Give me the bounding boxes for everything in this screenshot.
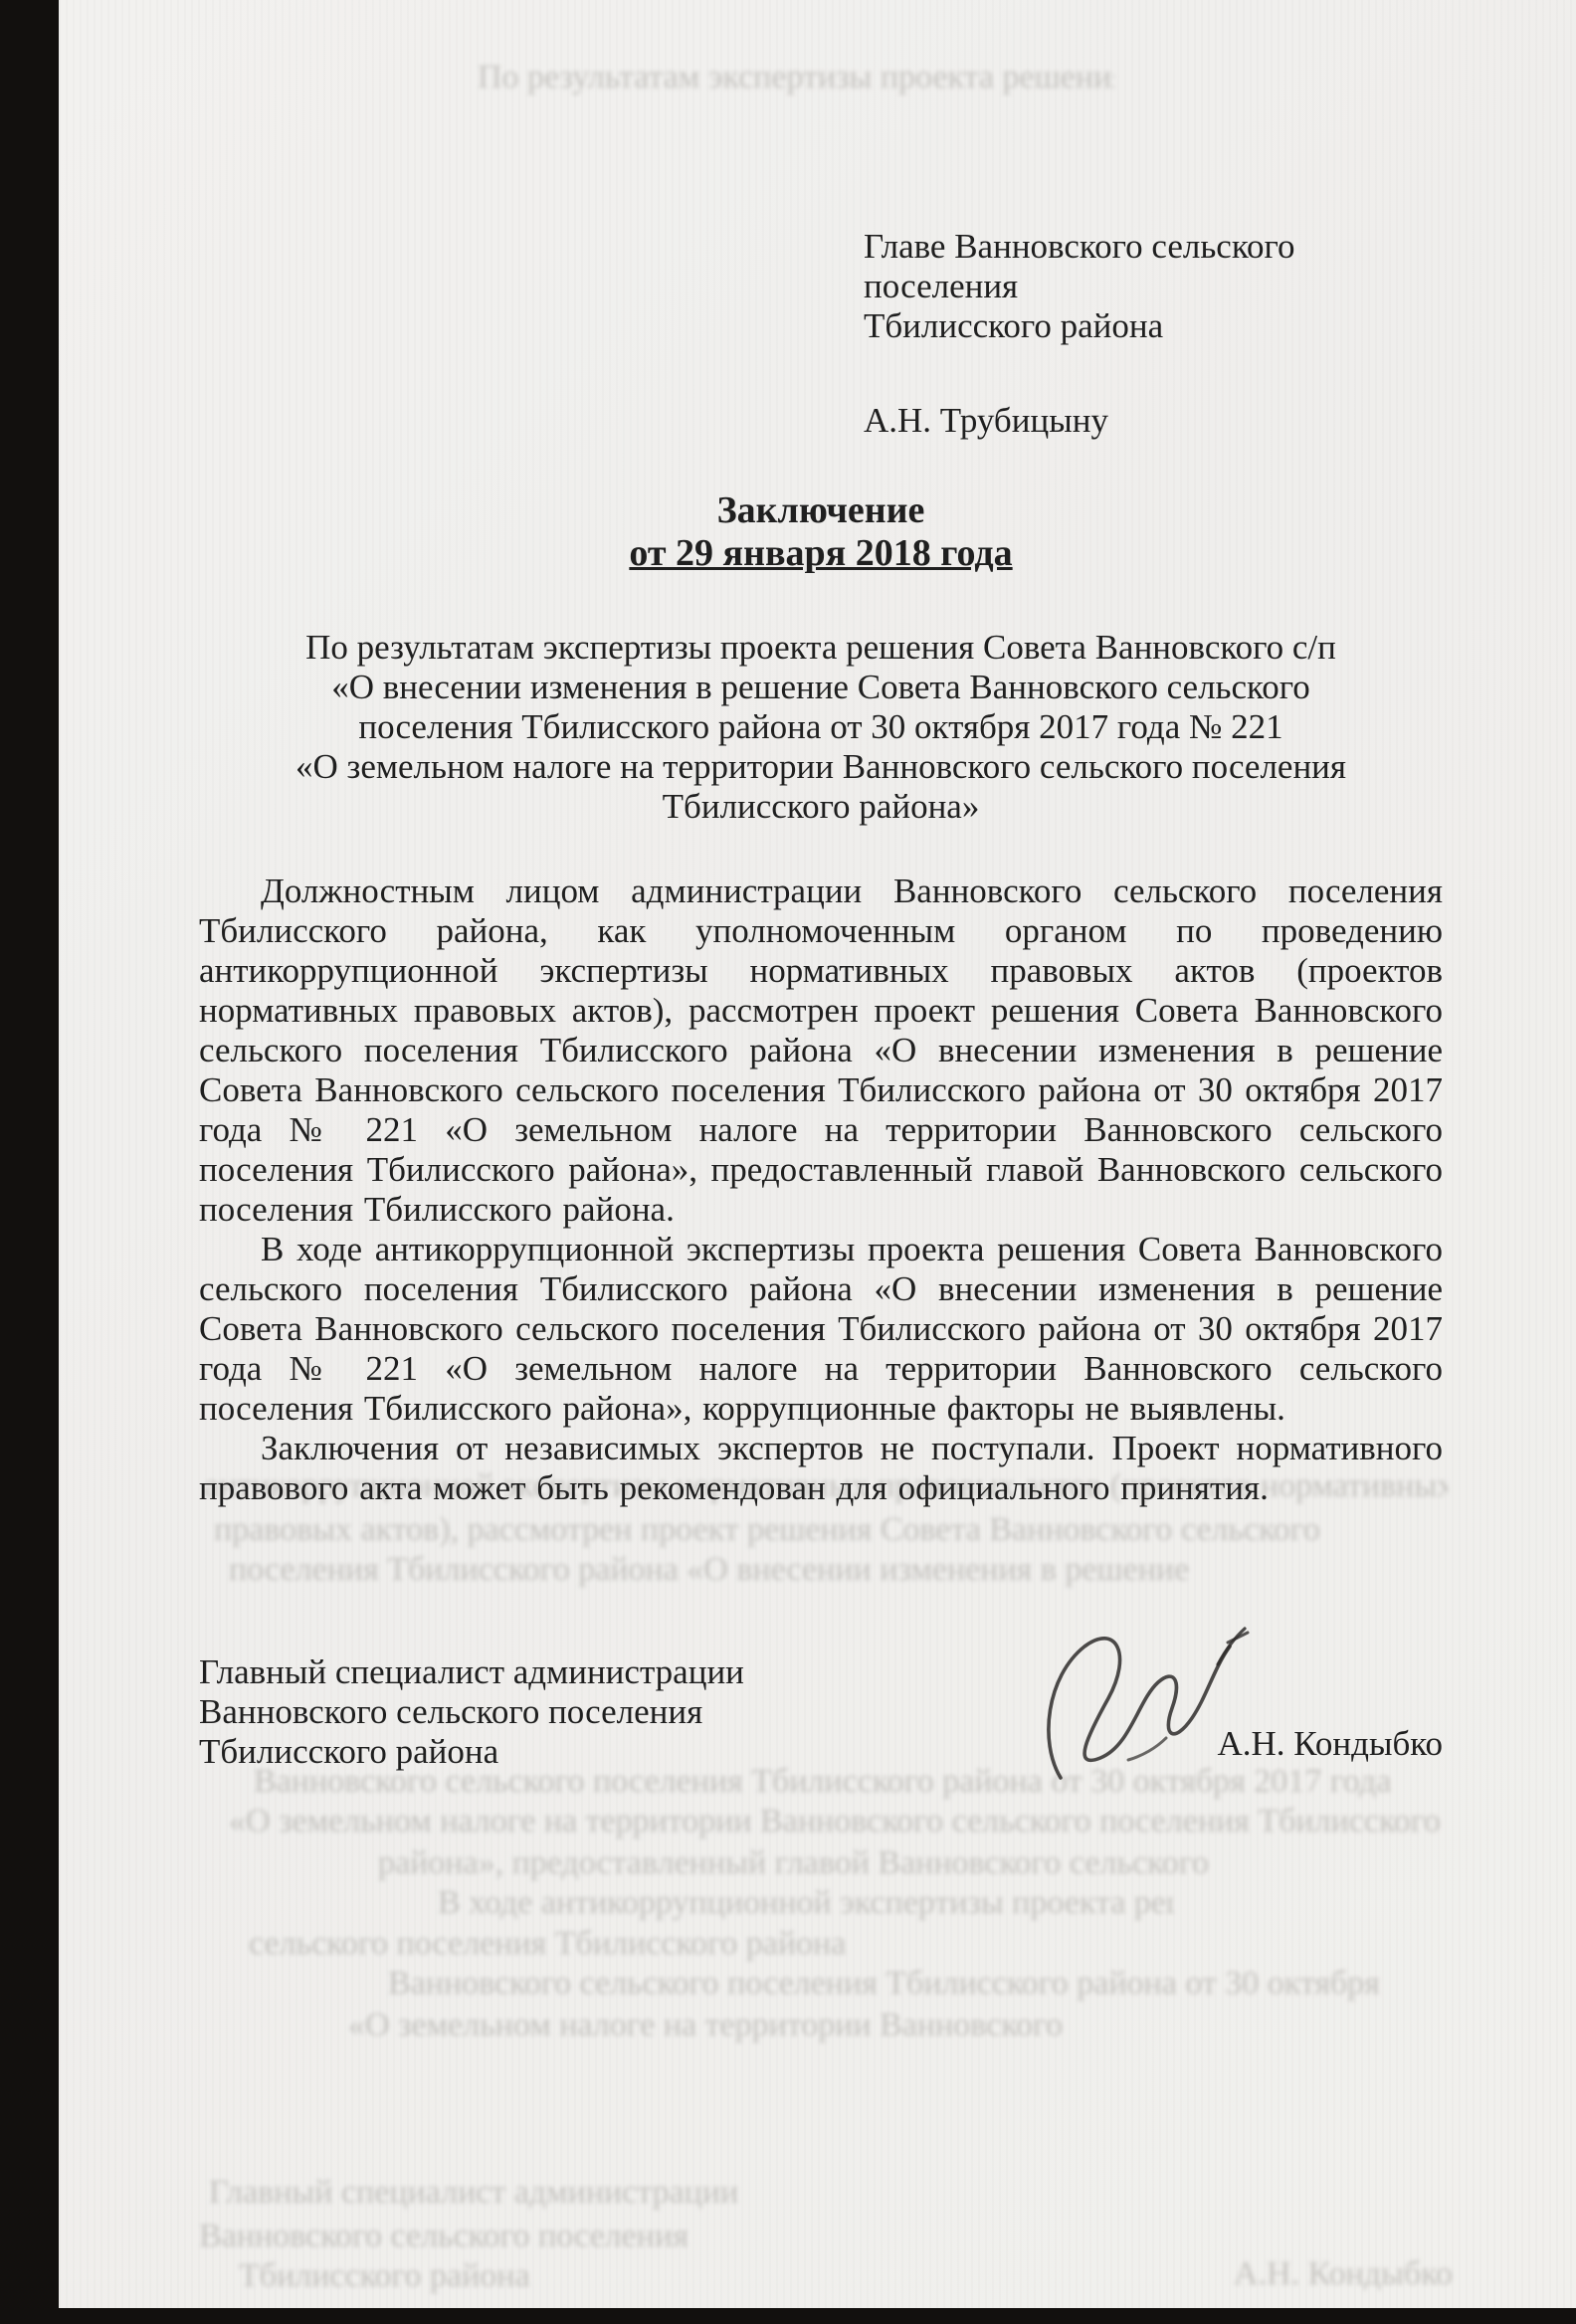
document-title: Заключение xyxy=(199,490,1443,530)
body-paragraph: Должностным лицом администрации Ванновск… xyxy=(199,871,1443,1230)
subject-line: «О внесении изменения в решение Совета В… xyxy=(199,668,1443,707)
bleedthrough-line: района», предоставленный главой Ванновск… xyxy=(378,1843,1443,1883)
bleedthrough-line: Главный специалист администрации xyxy=(209,2173,761,2213)
signer-name: А.Н. Кондыбко xyxy=(1218,1724,1444,1764)
bleedthrough-line: Ванновского сельского поселения Тбилисск… xyxy=(388,1964,1492,2004)
subject-line: «О земельном налоге на территории Ваннов… xyxy=(199,747,1443,787)
subject-line: поселения Тбилисского района от 30 октяб… xyxy=(199,707,1443,747)
bleedthrough-line: Тбилисского района xyxy=(239,2256,562,2296)
scanner-edge-bottom xyxy=(0,2308,1576,2324)
scanned-document-screenshot: { "colors":{ "paper":"#f0efec", "ink":"#… xyxy=(0,0,1576,2324)
handwritten-signature-icon xyxy=(1033,1611,1262,1810)
addressee-line: Тбилисского района xyxy=(864,306,1443,346)
document-content: Главе Ванновского сельского поселения Тб… xyxy=(199,0,1443,1812)
body-paragraph: Заключения от независимых экспертов не п… xyxy=(199,1429,1443,1508)
addressee-name: А.Н. Трубицыну xyxy=(864,401,1443,441)
subject-line: По результатам экспертизы проекта решени… xyxy=(199,628,1443,668)
bleedthrough-line: сельского поселения Тбилисского района xyxy=(249,1924,945,1964)
subject-block: По результатам экспертизы проекта решени… xyxy=(199,628,1443,827)
bleedthrough-line: «О земельном налоге на территории Ваннов… xyxy=(348,2006,1154,2045)
bleedthrough-line: Ванновского сельского поселения xyxy=(199,2217,781,2256)
body-paragraph: В ходе антикоррупционной экспертизы прое… xyxy=(199,1230,1443,1429)
signature-block: Главный специалист администрации Ванновс… xyxy=(199,1652,1443,1812)
subject-line: Тбилисского района» xyxy=(199,787,1443,827)
addressee-block: Главе Ванновского сельского поселения Тб… xyxy=(864,227,1443,441)
bleedthrough-line: А.Н. Кондыбко xyxy=(1234,2254,1502,2294)
scanner-edge-left xyxy=(0,0,59,2324)
document-page: По результатам экспертизы проекта решени… xyxy=(59,0,1576,2308)
bleedthrough-line: В ходе антикоррупционной экспертизы прое… xyxy=(438,1883,1174,1923)
addressee-line: Главе Ванновского сельского поселения xyxy=(864,227,1443,306)
document-date: от 29 января 2018 года xyxy=(199,533,1443,573)
